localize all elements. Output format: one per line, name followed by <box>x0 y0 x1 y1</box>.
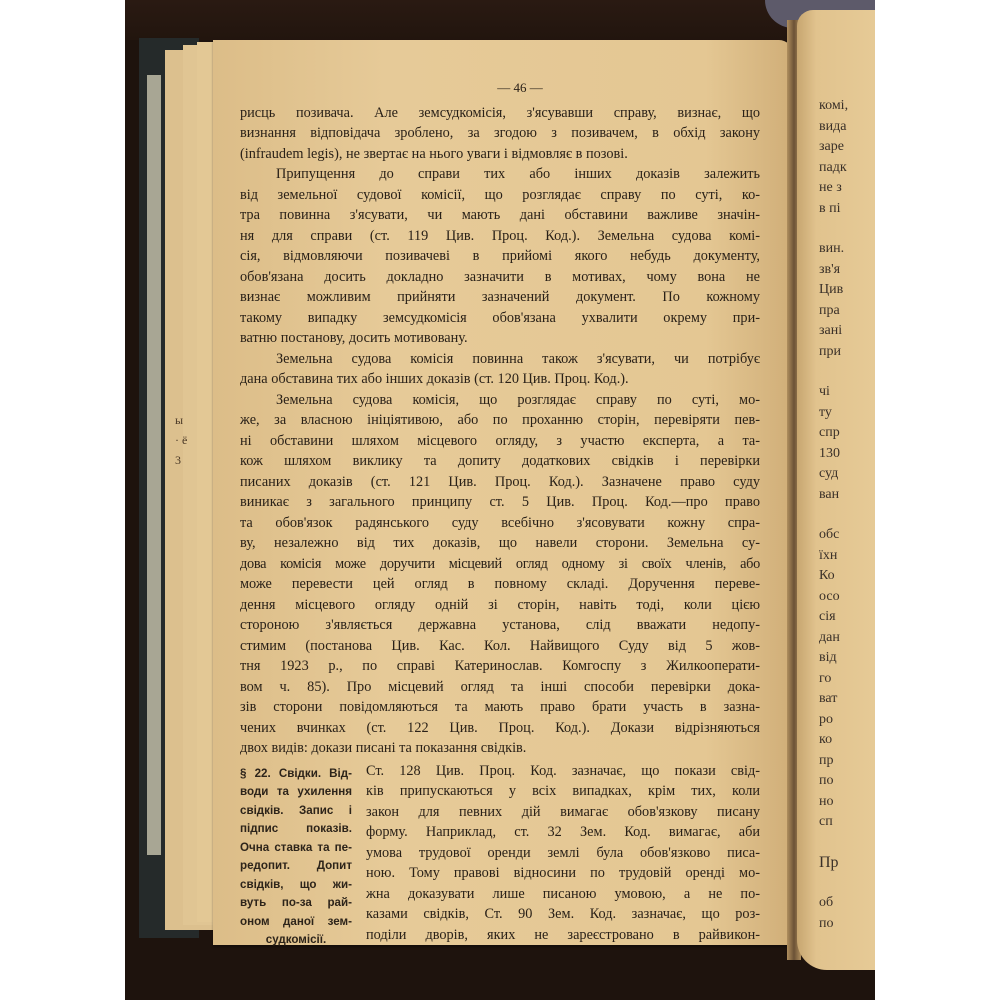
sidenote-line: води та ухилення <box>240 783 352 802</box>
text-line: ватню постанову, досить мотивовану. <box>240 328 760 349</box>
fragment: вида <box>819 117 875 138</box>
fragment: комі, <box>819 96 875 117</box>
fragment: по <box>819 914 875 935</box>
text-line: ву, незалежно від тих доказів, що навели… <box>240 533 760 554</box>
text-line: (infraudem legis), не звертає на нього у… <box>240 144 760 165</box>
text-line: чених вчинках (ст. 122 Цив. Проц. Код.).… <box>240 718 760 739</box>
text-line: ною. Тому правові відносини по трудовій … <box>366 863 760 884</box>
fragment: в пі <box>819 199 875 220</box>
fragment: ро <box>819 710 875 731</box>
text-line: ків припускаються у всіх випадках, крім … <box>366 781 760 802</box>
text-line: умова трудової оренди землі була обов'яз… <box>366 843 760 864</box>
text-line: визнання відповідача зроблено, за згодою… <box>240 123 760 144</box>
cover-binding-strip <box>147 75 161 855</box>
fragment: ко <box>819 730 875 751</box>
text-line: рисць позивача. Але земсудкомісія, з'ясу… <box>240 103 760 124</box>
text-line: обов'язана досить докладно зазначити в м… <box>240 267 760 288</box>
text-line: стороною з'являється державна установа, … <box>240 615 760 636</box>
fragment: ту <box>819 403 875 424</box>
text-line: ні обставини шляхом місцевого огляду, з … <box>240 431 760 452</box>
text-line: тня 1923 р., по справі Катеринослав. Ком… <box>240 656 760 677</box>
fragment: не з <box>819 178 875 199</box>
pencil-note: ы <box>175 410 187 430</box>
sidenote-line: Очна ставка та пе- <box>240 839 352 858</box>
section-22-text: Ст. 128 Цив. Проц. Код. зазначає, що пок… <box>352 761 760 950</box>
page-text: — 46 — рисць позивача. Але земсудкомісія… <box>240 78 760 950</box>
text-line: вом ч. 85). Про місцевий огляд та інші с… <box>240 677 760 698</box>
pencil-note: · ё <box>175 430 187 450</box>
sidenote-line: § 22. Свідки. Від- <box>240 765 352 784</box>
text-line: писаних доказів (ст. 121 Цив. Проц. Код.… <box>240 472 760 493</box>
text-line: та обов'язок радянського суду всебічно з… <box>240 513 760 534</box>
text-line: визнає можливим прийняти зазначений доку… <box>240 287 760 308</box>
fragment: падк <box>819 158 875 179</box>
fragment: вин. <box>819 239 875 260</box>
text-line: форму. Наприклад, ст. 32 Зем. Код. вимаг… <box>366 822 760 843</box>
sidenote-line: редопит. Допит <box>240 857 352 876</box>
paragraph-continuation: рисць позивача. Але земсудкомісія, з'ясу… <box>240 103 760 165</box>
text-line: Земельна судова комісія повинна також з'… <box>240 349 760 370</box>
fragment: заре <box>819 137 875 158</box>
fragment: Ко <box>819 566 875 587</box>
text-line: від земельної судової комісії, що розгля… <box>240 185 760 206</box>
sidenote-line: вуть по-за рай- <box>240 894 352 913</box>
text-line: закон для певних дій вимагає обов'язкову… <box>366 802 760 823</box>
fragment: го <box>819 669 875 690</box>
fragment: ван <box>819 485 875 506</box>
text-line: Припущення до справи тих або інших доказ… <box>240 164 760 185</box>
sidenote-line: підпис показів. <box>240 820 352 839</box>
sidenote-line: свідків. Запис і <box>240 802 352 821</box>
text-line: стимим (постанова Цив. Кас. Кол. Найвищо… <box>240 636 760 657</box>
fragment: спр <box>819 423 875 444</box>
fragment: зв'я <box>819 260 875 281</box>
text-line: кож шляхом виклику та допиту додаткових … <box>240 451 760 472</box>
fragment: їхн <box>819 546 875 567</box>
page-number: — 46 — <box>240 78 760 99</box>
pencil-note: 3 <box>175 450 187 470</box>
text-line: такому випадку земсудкомісія обов'язана … <box>240 308 760 329</box>
fragment: від <box>819 648 875 669</box>
paragraph-evidence-admission: Припущення до справи тих або інших доказ… <box>240 164 760 349</box>
fragment: Цив <box>819 280 875 301</box>
paragraph-circumstance: Земельна судова комісія повинна також з'… <box>240 349 760 390</box>
fragment: об <box>819 893 875 914</box>
fragment: дан <box>819 628 875 649</box>
fragment: сп <box>819 812 875 833</box>
fragment: пра <box>819 301 875 322</box>
section-sidenote-heading: § 22. Свідки. Від- води та ухилення свід… <box>240 761 352 950</box>
text-line: дана обставина тих або інших доказів (ст… <box>240 369 760 390</box>
fragment: при <box>819 342 875 363</box>
fragment: Пр <box>819 853 875 874</box>
text-line: зів сторони повідомляються та мають прав… <box>240 697 760 718</box>
text-line: же, за власною ініціятивою, або по проха… <box>240 410 760 431</box>
fragment: обс <box>819 525 875 546</box>
book-photo: ы · ё 3 — 46 — рисць позивача. Але земсу… <box>125 0 875 1000</box>
fragment: суд <box>819 464 875 485</box>
text-line: дення місцевого огляду одній зі сторін, … <box>240 595 760 616</box>
fragment: но <box>819 792 875 813</box>
sidenote-line: оном даної зем- <box>240 913 352 932</box>
text-line: виникає з загального принципу ст. 5 Цив.… <box>240 492 760 513</box>
pencil-margin-notes: ы · ё 3 <box>175 410 187 470</box>
paragraph-inspection: Земельна судова комісія, що розглядає сп… <box>240 390 760 759</box>
fragment: сія <box>819 607 875 628</box>
text-line: сія, відмовляючи позивачеві в прийомі як… <box>240 246 760 267</box>
text-line: казами свідків, Ст. 90 Зем. Код. зазнача… <box>366 904 760 925</box>
right-page-text-fragments: комі, вида заре падк не з в пі вин. зв'я… <box>819 96 875 934</box>
fragment: пр <box>819 751 875 772</box>
text-line: дова комісія може доручити місцевий огля… <box>240 554 760 575</box>
sidenote-line: свідків, що жи- <box>240 876 352 895</box>
text-line: жна доказувати лише писаною умовою, а не… <box>366 884 760 905</box>
fragment: чі <box>819 382 875 403</box>
sidenote-line: судкомісії. <box>240 931 352 950</box>
wooden-surface <box>125 0 875 40</box>
section-22: § 22. Свідки. Від- води та ухилення свід… <box>240 761 760 950</box>
text-line: Земельна судова комісія, що розглядає сп… <box>240 390 760 411</box>
fragment: по <box>819 771 875 792</box>
text-line: поділи дворів, яких не зареєстровано в р… <box>366 925 760 946</box>
text-line: може перевести цей огляд в повному склад… <box>240 574 760 595</box>
fragment: ват <box>819 689 875 710</box>
fragment: зані <box>819 321 875 342</box>
text-line: тра повинна з'ясувати, чи мають дані обс… <box>240 205 760 226</box>
text-line: ня для справи (ст. 119 Цив. Проц. Код.).… <box>240 226 760 247</box>
fragment: осо <box>819 587 875 608</box>
fragment: 130 <box>819 444 875 465</box>
text-line: Ст. 128 Цив. Проц. Код. зазначає, що пок… <box>366 761 760 782</box>
text-line: двох видів: докази писані та показання с… <box>240 738 760 759</box>
